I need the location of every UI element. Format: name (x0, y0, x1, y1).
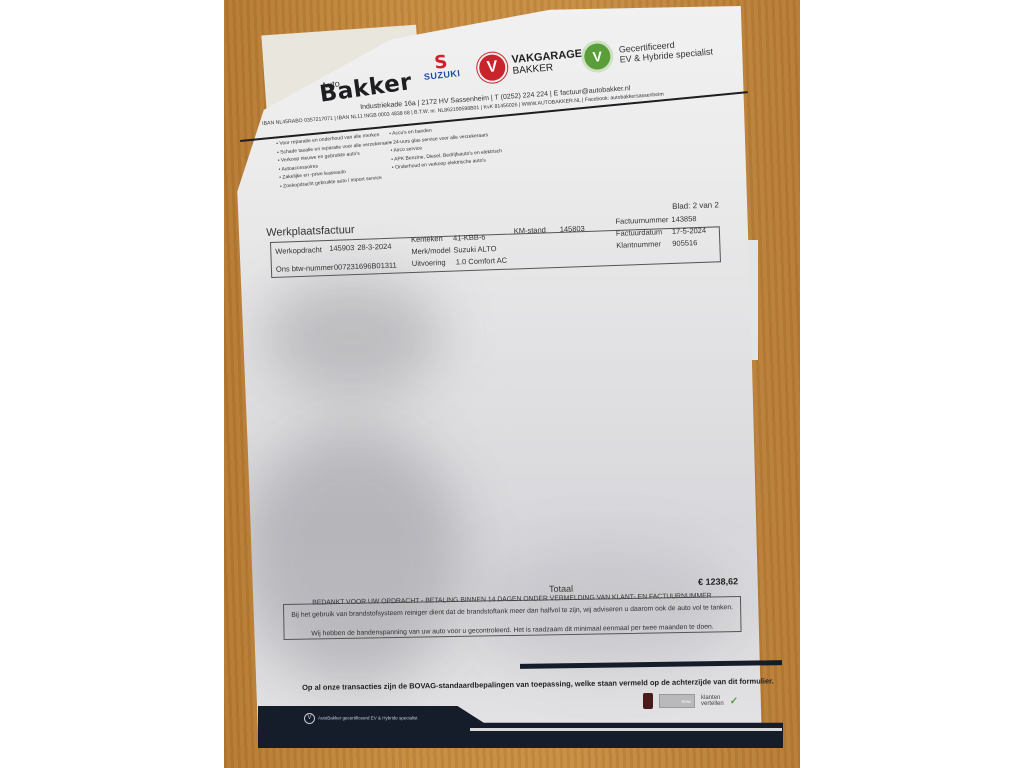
footer-light-stripe (470, 728, 782, 731)
werkopdracht-date: 28-3-2024 (357, 242, 391, 252)
bovag-badge-icon (643, 693, 653, 709)
klanten-vertellen-badge: klanten vertellen (701, 695, 724, 707)
rdw-badge-icon: RDW (659, 694, 695, 708)
checkmark-icon: ✓ (730, 696, 738, 707)
ev-check-icon: V (580, 39, 615, 74)
suzuki-logo: S SUZUKI (422, 54, 461, 82)
km-label: KM-stand (514, 225, 546, 235)
factuurnummer-value: 143858 (671, 214, 696, 224)
kenteken-label: Kenteken (411, 234, 443, 244)
vakgarage-v-icon: V (476, 51, 509, 84)
werkopdracht-label: Werkopdracht (275, 245, 322, 256)
services-left-list: Voor reparatie en onderhoud van alle mer… (276, 130, 395, 191)
btw-label: Ons btw-nummer (276, 263, 334, 274)
werkopdracht-number: 145903 (329, 243, 354, 253)
factuurdatum-label: Factuurdatum (616, 227, 663, 238)
footer-band-note: VAutoBakker gecertificeerd EV & Hybride … (304, 713, 418, 724)
photo-shadow (262, 276, 442, 396)
klantnummer-label: Klantnummer (616, 239, 661, 250)
km-value: 145803 (560, 224, 585, 234)
services-right-list: Accu's en banden 24-uurs glas service vo… (389, 121, 503, 172)
footer-band-text: AutoBakker gecertificeerd EV & Hybride s… (318, 716, 418, 721)
uitvoering-label: Uitvoering (412, 258, 446, 268)
kenteken-value: 41-KBB-6 (453, 232, 486, 242)
btw-value: 007231696B01311 (334, 261, 397, 272)
v-logo-icon: V (304, 713, 315, 724)
badge-vertellen: vertellen (701, 701, 724, 707)
klantnummer-value: 905516 (672, 238, 697, 248)
total-value: € 1238,62 (698, 576, 738, 587)
certification-badges: RDW klanten vertellen ✓ (643, 693, 738, 709)
factuurdatum-value: 17-5-2024 (672, 226, 706, 236)
merk-label: Merk/model (411, 246, 450, 256)
merk-value: Suzuki ALTO (453, 244, 496, 254)
factuurnummer-label: Factuurnummer (615, 215, 668, 226)
photo-shadow (242, 426, 462, 686)
page-indicator: Blad: 2 van 2 (672, 200, 719, 211)
uitvoering-value: 1.0 Comfort AC (456, 256, 508, 267)
